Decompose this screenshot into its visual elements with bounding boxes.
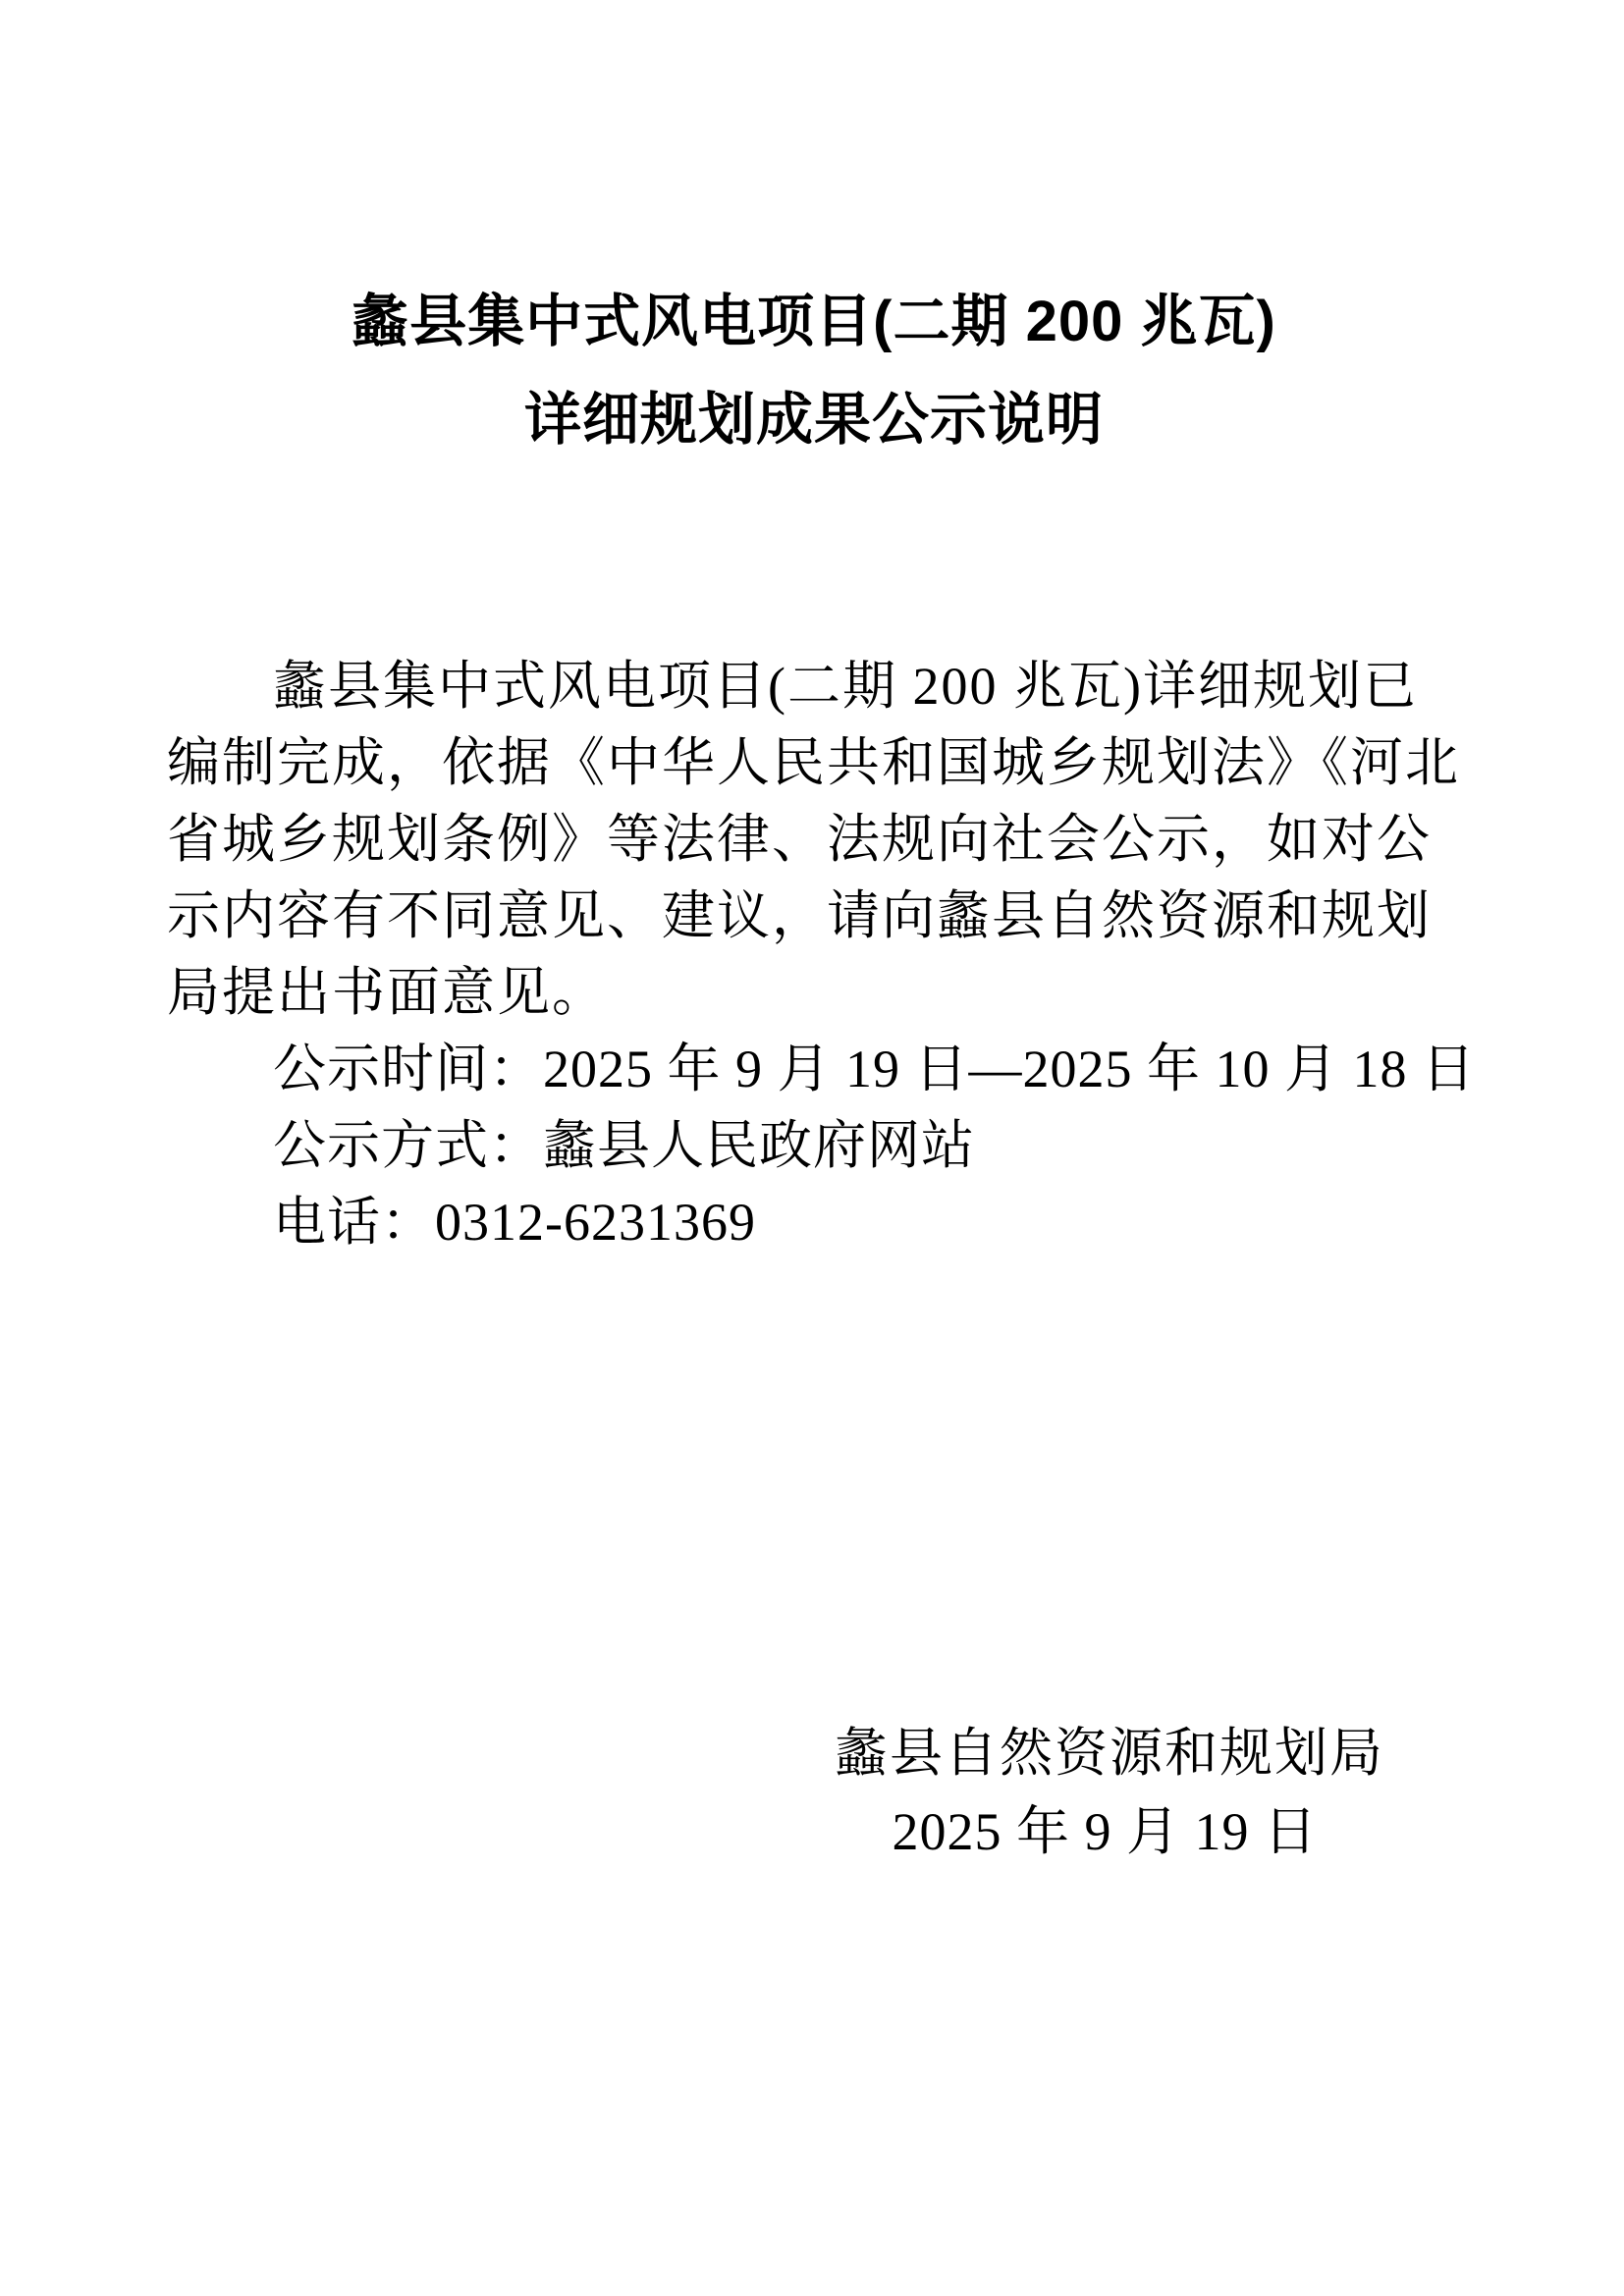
body-line: 蠡县集中式风电项目(二期 200 兆瓦)详细规划已 bbox=[167, 648, 1461, 724]
notice-method-line: 公示方式：蠡县人民政府网站 bbox=[167, 1107, 1461, 1184]
body-paragraph: 蠡县集中式风电项目(二期 200 兆瓦)详细规划已 编制完成，依据《中华人民共和… bbox=[167, 648, 1461, 1260]
signature-date: 2025 年 9 月 19 日 bbox=[167, 1792, 1461, 1871]
body-line: 省城乡规划条例》等法律、法规向社会公示，如对公 bbox=[167, 801, 1461, 878]
signature-org: 蠡县自然资源和规划局 bbox=[167, 1714, 1461, 1792]
title-line-2: 详细规划成果公示说明 bbox=[167, 371, 1461, 469]
notice-phone-line: 电话：0312-6231369 bbox=[167, 1184, 1461, 1260]
title-line-1: 蠡县集中式风电项目(二期 200 兆瓦) bbox=[167, 273, 1461, 371]
document-content: 蠡县集中式风电项目(二期 200 兆瓦) 详细规划成果公示说明 蠡县集中式风电项… bbox=[0, 0, 1624, 1871]
body-line: 编制完成，依据《中华人民共和国城乡规划法》《河北 bbox=[167, 724, 1461, 801]
document-page: 蠡县集中式风电项目(二期 200 兆瓦) 详细规划成果公示说明 蠡县集中式风电项… bbox=[0, 0, 1624, 2296]
body-line: 局提出书面意见。 bbox=[167, 954, 1461, 1031]
notice-time-line: 公示时间：2025 年 9 月 19 日—2025 年 10 月 18 日 bbox=[167, 1031, 1461, 1107]
signature-block: 蠡县自然资源和规划局 2025 年 9 月 19 日 bbox=[167, 1714, 1461, 1871]
document-title: 蠡县集中式风电项目(二期 200 兆瓦) 详细规划成果公示说明 bbox=[167, 273, 1461, 469]
body-line: 示内容有不同意见、建议，请向蠡县自然资源和规划 bbox=[167, 878, 1461, 954]
